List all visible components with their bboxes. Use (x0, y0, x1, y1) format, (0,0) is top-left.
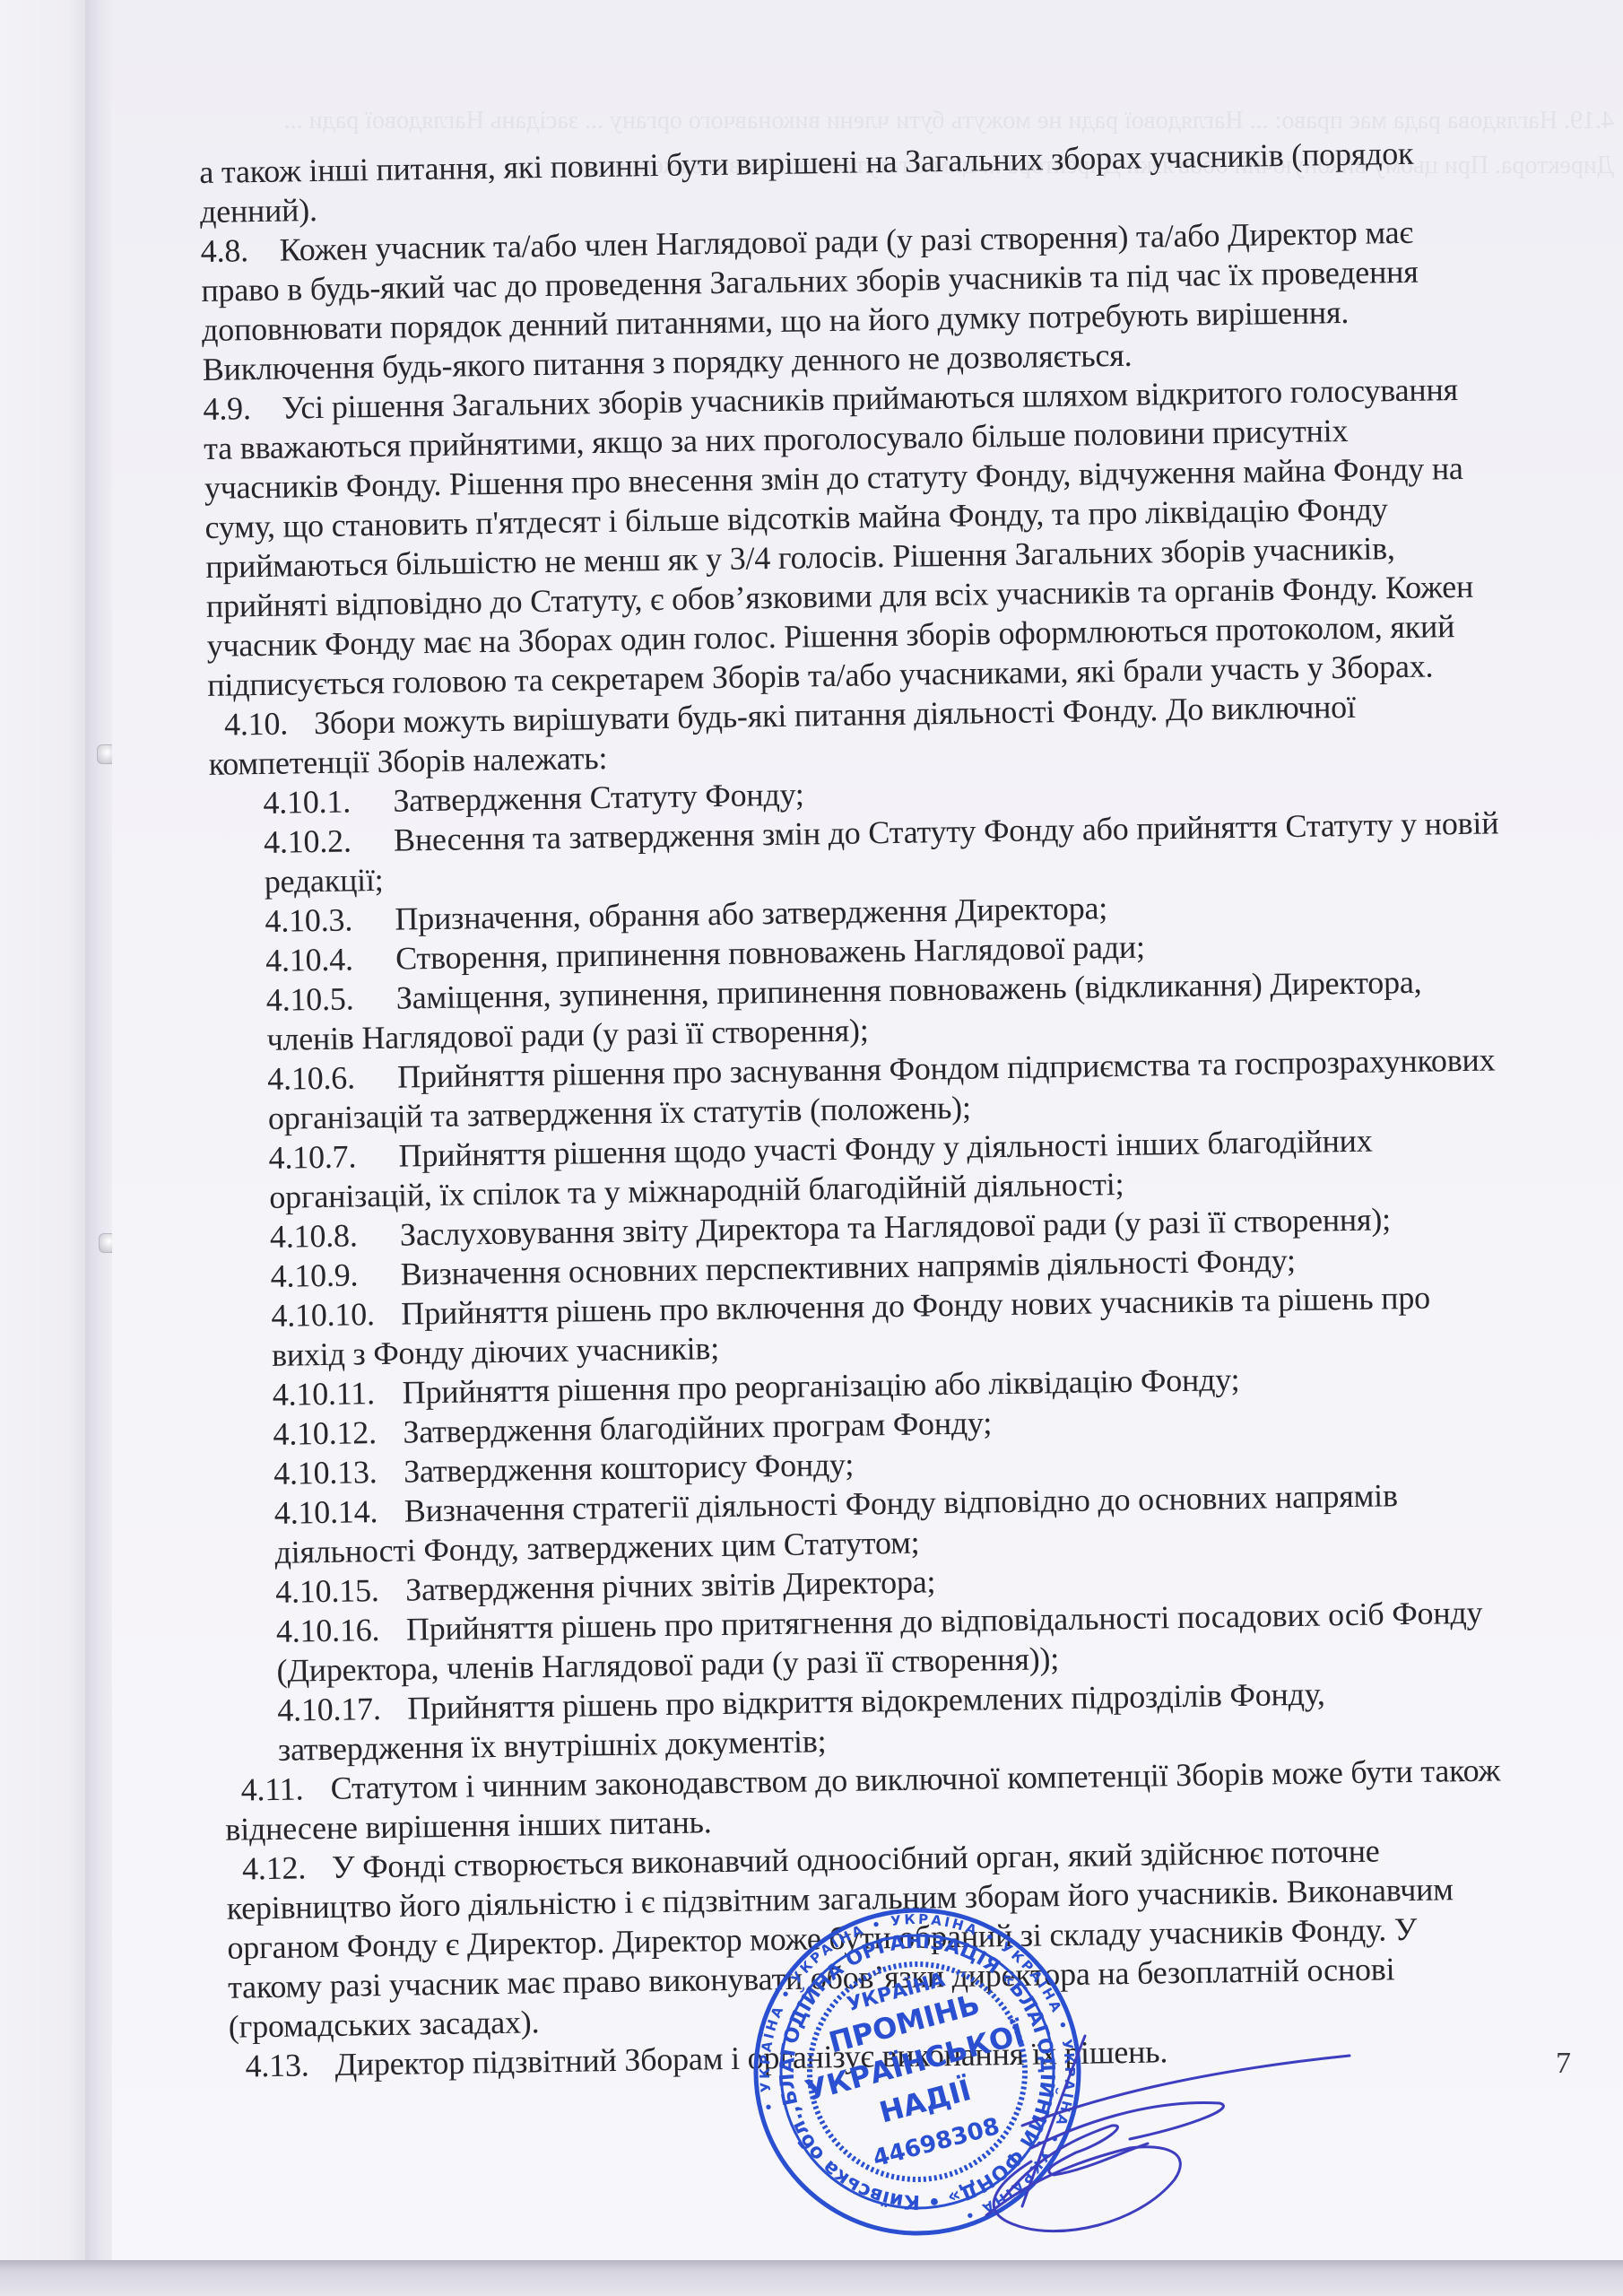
clause-text: компетенції Зборів належать: (208, 740, 607, 782)
previous-page-edge (0, 0, 85, 2296)
clause-number: 4.10.10. (271, 1294, 402, 1335)
clause-text: денний). (200, 192, 317, 230)
clause-number: 4.10.8. (270, 1215, 401, 1257)
clause-text: Затвердження Статуту Фонду; (393, 776, 804, 818)
clause-text: віднесене вирішення інших питань. (225, 1804, 712, 1848)
clause-number: 4.10. (224, 703, 315, 744)
clause-number: 4.8. (200, 230, 280, 271)
page-number: 7 (1556, 2047, 1571, 2081)
clause-number: 4.9. (203, 388, 282, 429)
clause-number: 4.10.3. (265, 900, 395, 941)
clause-number: 4.10.14. (273, 1492, 404, 1533)
clause-number: 4.10.11. (272, 1373, 403, 1414)
clause-number: 4.10.5. (266, 978, 397, 1020)
clause-text: Затвердження кошторису Фонду; (404, 1447, 855, 1490)
clause-number: 4.10.4. (265, 939, 396, 980)
clause-number: 4.10.2. (264, 821, 395, 862)
clause-number: 4.10.13. (273, 1452, 404, 1493)
clause-number: 4.13. (245, 2045, 335, 2086)
clause-number: 4.10.15. (275, 1570, 406, 1612)
clause-text: Затвердження річних звітів Директора; (405, 1563, 936, 1607)
clause-number: 4.10.9. (270, 1255, 401, 1296)
clause-text: редакції; (264, 862, 383, 900)
clause-number: 4.12. (242, 1848, 333, 1889)
clause-text: вихід з Фонду діючих учасників; (272, 1330, 720, 1373)
clause-number: 4.10.17. (277, 1689, 408, 1730)
binding-shadow (85, 0, 112, 2296)
clause-number: 4.10.16. (276, 1610, 407, 1651)
clause-number: 4.11. (240, 1769, 331, 1810)
clause-text: (громадських засадах). (229, 2004, 540, 2044)
signature (897, 2000, 1363, 2269)
clause-number: 4.10.7. (268, 1136, 399, 1178)
clause-number: 4.10.6. (267, 1057, 398, 1099)
clause-text: затвердження їх внутрішніх документів; (278, 1723, 827, 1768)
document-body: а також інші питання, які повинні бути в… (199, 132, 1557, 2086)
clause-text: Затвердження благодійних програм Фонду; (403, 1405, 992, 1449)
clause-number: 4.10.12. (273, 1413, 404, 1454)
clause-number: 4.10.1. (263, 781, 394, 822)
